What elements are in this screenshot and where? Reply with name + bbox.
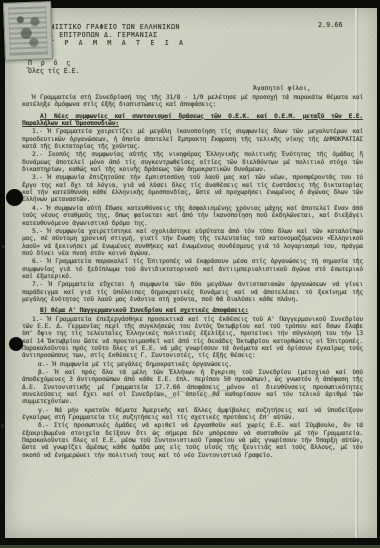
org-secretariat-label: Γ Ρ Α Μ Μ Α Τ Ε Ι Α <box>50 39 186 47</box>
paragraph: γ.- Νά μήν κρατοῦν θέματα Ἀμερικῆς καί ἄ… <box>22 407 363 422</box>
scanned-document-page: ΣΥΝΤΟΝΙΣΤΙΚΟ ΓΡΑΦΕΙΟ ΤΩΝ ΕΛΛΗΝΙΚΩΝ ΕΘΝΙΚ… <box>0 0 380 548</box>
paragraph: 4.- Ἡ συμφωνία αὐτή ἔδωσε κατευθύνσεις τ… <box>22 205 363 227</box>
document-date: 2.9.66 <box>318 21 343 29</box>
paragraph: 2.- Σκοπός τῆς συμφωνίας αὐτῆς τῆς νικηφ… <box>22 151 363 173</box>
punch-hole-icon <box>9 337 23 351</box>
address-block: Π ρ ό ς Ὅλες τίς Ε.Ε. <box>28 60 80 75</box>
to-value: Ὅλες τίς Ε.Ε. <box>28 68 80 76</box>
paragraph: δ.- Στίς προσωπικές ὁμάδες νά κριθεῖ νά … <box>22 422 363 459</box>
paragraph: 7.- Ἡ Γραμματεία εὔχεται ἡ συμφωνία τῶν … <box>22 281 363 303</box>
archive-stamp-icon <box>3 1 53 61</box>
body-paragraphs: Ἡ Γραμματεία στή Συνεδρίασή της τῆς 31/8… <box>22 94 363 459</box>
paragraph: 1.- Ἡ Γραμματεία ἐπεξεργάσθηκε προσεκτικ… <box>22 316 363 360</box>
paragraph: α.- Ἡ συμφωνία μέ τίς μεγάλες δημοκρατικ… <box>22 361 363 368</box>
paper-speck <box>2 245 5 248</box>
stamp-emblem-icon <box>8 6 48 55</box>
punch-hole-icon <box>6 189 23 206</box>
paragraph: 1.- Ἡ Γραμματεία χαιρετίζει μέ μεγάλη ἱκ… <box>22 128 363 150</box>
paragraph: 3.- Ἡ συμφωνία ἐπιζητοῦσε τήν ἐμπιστοσύν… <box>22 174 363 203</box>
paragraph: 5.- Ἡ συμφωνία χαιρετίστηκε καί σχολιάστ… <box>22 228 363 257</box>
paragraph: 6.- Ἡ Γραμματεία παρακαλεῖ τίς Ἐπιτροπές… <box>22 258 363 280</box>
section-heading: Β) Θέμα Α' Παγγερμανικοῦ Συνεδρίου καί σ… <box>22 307 363 314</box>
paragraph: Ἡ Γραμματεία στή Συνεδρίασή της τῆς 31/8… <box>22 94 363 109</box>
paper-sheet: ΣΥΝΤΟΝΙΣΤΙΚΟ ΓΡΑΦΕΙΟ ΤΩΝ ΕΛΛΗΝΙΚΩΝ ΕΘΝΙΚ… <box>5 8 377 538</box>
salutation: Ἀγαπητοί φίλοι, <box>253 84 311 92</box>
handwritten-annotation <box>150 388 260 400</box>
paper-speck <box>1 424 4 428</box>
section-heading: Α) Νέες συμφωνίες καί συντονισμοί δράσεω… <box>22 113 363 128</box>
